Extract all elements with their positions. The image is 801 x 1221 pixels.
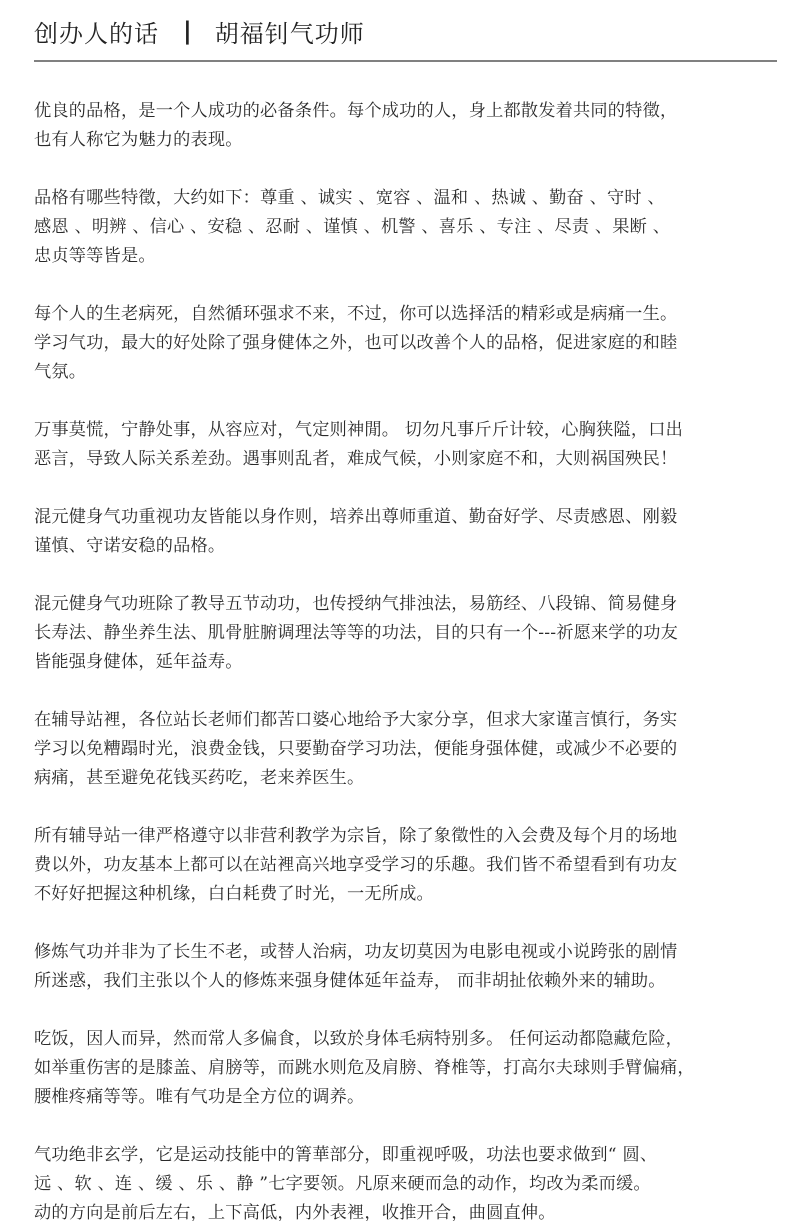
text-line: 所迷惑，我们主张以个人的修炼来强身健体延年益寿， 而非胡扯依赖外来的辅助。 bbox=[34, 967, 780, 996]
paragraph: 在辅导站裡，各位站长老师们都苦口婆心地给予大家分享，但求大家谨言慎行，务实学习以… bbox=[34, 706, 780, 793]
article-body: 优良的品格，是一个人成功的必备条件。每个成功的人，身上都散发着共同的特徵，也有人… bbox=[34, 97, 780, 1221]
page-header: 创办人的话 | 胡福钊气功师 bbox=[34, 0, 777, 60]
text-line: 恶言，导致人际关系差劲。遇事则乱者，难成气候，小则家庭不和，大则祸国殃民！ bbox=[34, 445, 780, 474]
text-line: 气氛。 bbox=[34, 358, 780, 387]
text-line: 每个人的生老病死，自然循环强求不来，不过，你可以选择活的精彩或是病痛一生。 bbox=[34, 300, 780, 329]
text-line: 吃饭，因人而异，然而常人多偏食，以致於身体毛病特别多。 任何运动都隐藏危险， bbox=[34, 1025, 780, 1054]
text-line: 病痛，甚至避免花钱买药吃，老来养医生。 bbox=[34, 764, 780, 793]
text-line: 在辅导站裡，各位站长老师们都苦口婆心地给予大家分享，但求大家谨言慎行，务实 bbox=[34, 706, 780, 735]
text-line: 如举重伤害的是膝盖、肩膀等，而跳水则危及肩膀、脊椎等，打高尔夫球则手臂偏痛， bbox=[34, 1054, 780, 1083]
document-page: 创办人的话 | 胡福钊气功师 优良的品格，是一个人成功的必备条件。每个成功的人，… bbox=[0, 0, 801, 1221]
paragraph: 混元健身气功重视功友皆能以身作则，培养出尊师重道、勤奋好学、尽责感恩、刚毅谨慎、… bbox=[34, 503, 780, 561]
text-line: 所有辅导站一律严格遵守以非营利教学为宗旨，除了象徵性的入会费及每个月的场地 bbox=[34, 822, 780, 851]
text-line: 感恩 、明辨 、信心 、安稳 、忍耐 、谨慎 、机警 、喜乐 、专注 、尽责 、… bbox=[34, 213, 780, 242]
text-line: 费以外，功友基本上都可以在站裡高兴地享受学习的乐趣。我们皆不希望看到有功友 bbox=[34, 851, 780, 880]
text-line: 腰椎疼痛等等。唯有气功是全方位的调养。 bbox=[34, 1083, 780, 1112]
text-line: 谨慎、守诺安稳的品格。 bbox=[34, 532, 780, 561]
header-divider bbox=[34, 60, 777, 62]
paragraph: 每个人的生老病死，自然循环强求不来，不过，你可以选择活的精彩或是病痛一生。学习气… bbox=[34, 300, 780, 387]
text-line: 忠贞等等皆是。 bbox=[34, 242, 780, 271]
text-line: 长寿法、静坐养生法、肌骨脏腑调理法等等的功法，目的只有一个---祈愿来学的功友 bbox=[34, 619, 780, 648]
text-line: 学习以免糟蹋时光，浪费金钱，只要勤奋学习功法，便能身强体健，或减少不必要的 bbox=[34, 735, 780, 764]
paragraph: 所有辅导站一律严格遵守以非营利教学为宗旨，除了象徵性的入会费及每个月的场地费以外… bbox=[34, 822, 780, 909]
page-title: 创办人的话 bbox=[34, 14, 159, 49]
paragraph: 修炼气功并非为了长生不老，或替人治病，功友切莫因为电影电视或小说跨张的剧情所迷惑… bbox=[34, 938, 780, 996]
paragraph: 混元健身气功班除了教导五节动功，也传授纳气排浊法，易筋经、八段锦、简易健身长寿法… bbox=[34, 590, 780, 677]
text-line: 混元健身气功班除了教导五节动功，也传授纳气排浊法，易筋经、八段锦、简易健身 bbox=[34, 590, 780, 619]
text-line: 修炼气功并非为了长生不老，或替人治病，功友切莫因为电影电视或小说跨张的剧情 bbox=[34, 938, 780, 967]
paragraph: 万事莫慌，宁静处事，从容应对，气定则神閒。 切勿凡事斤斤计较，心胸狭隘，口出恶言… bbox=[34, 416, 780, 474]
paragraph: 品格有哪些特徵，大约如下：尊重 、诚实 、宽容 、温和 、热诚 、勤奋 、守时 … bbox=[34, 184, 780, 271]
text-line: 品格有哪些特徵，大约如下：尊重 、诚实 、宽容 、温和 、热诚 、勤奋 、守时 … bbox=[34, 184, 780, 213]
paragraph: 气功绝非玄学，它是运动技能中的箐華部分，即重视呼吸，功法也要求做到“ 圆、远 、… bbox=[34, 1141, 780, 1221]
text-line: 动的方向是前后左右，上下高低，内外表裡，收推开合，曲圆直伸。 bbox=[34, 1199, 780, 1221]
text-line: 混元健身气功重视功友皆能以身作则，培养出尊师重道、勤奋好学、尽责感恩、刚毅 bbox=[34, 503, 780, 532]
text-line: 皆能强身健体，延年益寿。 bbox=[34, 648, 780, 677]
paragraph: 吃饭，因人而异，然而常人多偏食，以致於身体毛病特别多。 任何运动都隐藏危险，如举… bbox=[34, 1025, 780, 1112]
text-line: 气功绝非玄学，它是运动技能中的箐華部分，即重视呼吸，功法也要求做到“ 圆、 bbox=[34, 1141, 780, 1170]
text-line: 万事莫慌，宁静处事，从容应对，气定则神閒。 切勿凡事斤斤计较，心胸狭隘，口出 bbox=[34, 416, 780, 445]
text-line: 远 、软 、连 、缓 、乐 、静 ”七字要领。凡原来硬而急的动作，均改为柔而缓。 bbox=[34, 1170, 780, 1199]
text-line: 优良的品格，是一个人成功的必备条件。每个成功的人，身上都散发着共同的特徵， bbox=[34, 97, 780, 126]
text-line: 也有人称它为魅力的表现。 bbox=[34, 126, 780, 155]
text-line: 学习气功，最大的好处除了强身健体之外，也可以改善个人的品格，促进家庭的和睦 bbox=[34, 329, 780, 358]
text-line: 不好好把握这种机缘，白白耗费了时光，一无所成。 bbox=[34, 880, 780, 909]
paragraph: 优良的品格，是一个人成功的必备条件。每个成功的人，身上都散发着共同的特徵，也有人… bbox=[34, 97, 780, 155]
title-separator: | bbox=[183, 17, 193, 45]
author-name: 胡福钊气功师 bbox=[215, 14, 365, 49]
